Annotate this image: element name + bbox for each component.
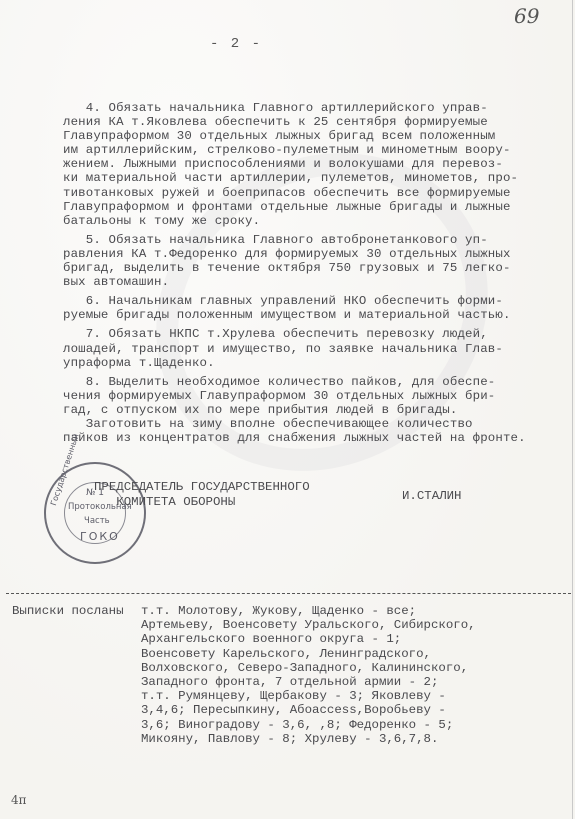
paragraph-8: 8. Выделить необходимое количество пайко…	[63, 375, 573, 445]
signature-name: И.СТАЛИН	[402, 489, 462, 503]
footer-code: 4п	[11, 793, 27, 807]
section-divider	[6, 593, 571, 594]
distribution-list: т.т. Молотову, Жукову, Щаденко - все; Ар…	[141, 604, 476, 746]
stamp-line-2: Часть	[84, 516, 110, 526]
stamp-line-3: ГОКО	[80, 530, 120, 543]
document-page: 69 - 2 - 4. Обязать начальника Главного …	[0, 0, 575, 819]
signature-title: ПРЕДСЕДАТЕЛЬ ГОСУДАРСТВЕННОГО КОМИТЕТА О…	[94, 480, 310, 509]
handwritten-sheet-number: 69	[514, 4, 539, 28]
paragraph-5: 5. Обязать начальника Главного автоброне…	[63, 233, 573, 289]
paragraph-6: 6. Начальникам главных управлений НКО об…	[63, 294, 573, 322]
paragraph-4: 4. Обязать начальника Главного артиллери…	[63, 101, 573, 228]
distribution-label: Выписки посланы	[12, 604, 124, 618]
official-stamp: Государственный № 1 Протокольная Часть Г…	[44, 462, 146, 564]
page-number: - 2 -	[210, 36, 262, 52]
decree-body: 4. Обязать начальника Главного артиллери…	[63, 101, 573, 445]
paragraph-7: 7. Обязать НКПС т.Хрулева обеспечить пер…	[63, 327, 573, 369]
